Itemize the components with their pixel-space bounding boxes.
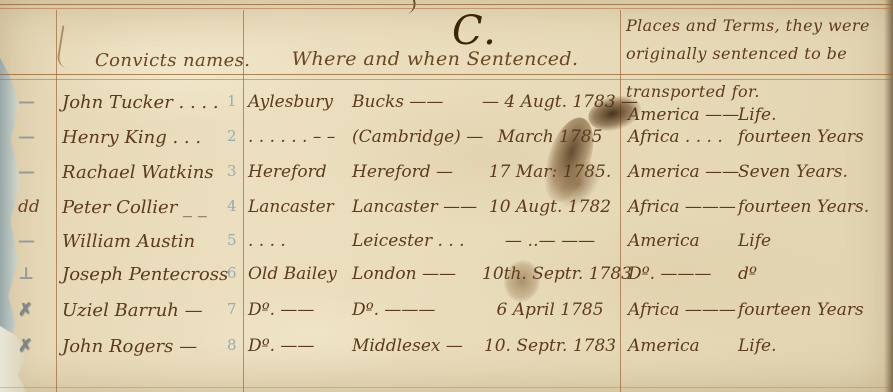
sentence-date: 10. Septr. 1783 (482, 336, 618, 356)
pencil-row-number: 5 (227, 231, 247, 249)
county: (Cambridge) — (352, 127, 480, 147)
margin-check-mark: — (18, 127, 56, 147)
sentence-date: March 1785 (482, 127, 618, 147)
stray-pen-stroke (56, 25, 74, 68)
court-place: Dº. —— (248, 336, 352, 356)
pencil-row-number: 8 (227, 336, 247, 354)
county: Lancaster —— (352, 197, 480, 217)
sentence-term: Life (738, 231, 890, 251)
column-header-places-line2: originally sentenced to be (626, 44, 847, 63)
pencil-row-number: 6 (227, 264, 247, 282)
column-header-convicts-names: Convicts names. (95, 50, 245, 71)
sentence-term: dº (738, 264, 890, 284)
margin-note-dd: dd (18, 197, 56, 217)
pencil-row-number: 2 (227, 127, 247, 145)
column-header-where-when-sentenced: Where and when Sentenced. (270, 48, 600, 70)
court-place: . . . . . . – – (248, 127, 352, 147)
table-row: — William Austin 5 . . . . Leicester . .… (0, 231, 893, 265)
convict-name: Uziel Barruh — (62, 300, 228, 321)
convict-name: Henry King . . . (62, 127, 228, 148)
sentence-term: Life. (738, 105, 890, 125)
sentence-date: 6 April 1785 (482, 300, 618, 320)
pencil-row-number: 3 (227, 162, 247, 180)
court-place: Lancaster (248, 197, 352, 217)
sentence-date: — 4 Augt. 1783 — (482, 92, 618, 112)
margin-scribble-mark: ✗ (18, 336, 56, 356)
sentence-term: Life. (738, 336, 890, 356)
transport-place: Dº. ——— (628, 264, 734, 284)
margin-scribble-mark: ✗ (18, 300, 56, 320)
transport-place: America —— (628, 162, 734, 182)
header-rule-1 (0, 74, 893, 75)
column-header-places-line1: Places and Terms, they were (626, 16, 870, 35)
margin-check-mark: — (18, 162, 56, 182)
convict-name: William Austin (62, 231, 228, 252)
margin-check-mark: — (18, 231, 56, 251)
top-rule-2 (0, 8, 893, 9)
court-place: . . . . (248, 231, 352, 251)
table-row: ✗ John Rogers — 8 Dº. —— Middlesex — 10.… (0, 336, 893, 370)
convict-name: John Rogers — (62, 336, 228, 357)
sentence-date: 10th. Septr. 1783 (482, 264, 618, 284)
county: Leicester . . . (352, 231, 480, 251)
cutoff-pen-stroke (405, 0, 417, 14)
top-rule-1 (0, 4, 893, 5)
court-place: Old Bailey (248, 264, 352, 284)
transport-place: Africa ——— (628, 300, 734, 320)
transport-place: Africa . . . . (628, 127, 734, 147)
court-place: Dº. —— (248, 300, 352, 320)
county: Middlesex — (352, 336, 480, 356)
sentence-date: 10 Augt. 1782 (482, 197, 618, 217)
pencil-row-number: 4 (227, 197, 247, 215)
sentence-term: fourteen Years. (738, 197, 890, 217)
header-rule-2 (0, 79, 893, 80)
transport-place: Africa ——— (628, 197, 734, 217)
table-row: dd Peter Collier _ _ 4 Lancaster Lancast… (0, 197, 893, 231)
county: London —— (352, 264, 480, 284)
margin-check-mark: ⊥ (18, 264, 56, 284)
margin-check-mark: — (18, 92, 56, 112)
transport-place: America —— (628, 105, 734, 125)
sentence-date: 17 Mar: 1785. (482, 162, 618, 182)
court-place: Aylesbury (248, 92, 352, 112)
sentence-term: fourteen Years (738, 127, 890, 147)
manuscript-page: C. Convicts names. Where and when Senten… (0, 0, 893, 392)
county: Bucks —— (352, 92, 480, 112)
table-row: — Henry King . . . 2 . . . . . . – – (Ca… (0, 127, 893, 161)
table-row: — John Tucker . . . . 1 Aylesbury Bucks … (0, 92, 893, 126)
table-row: ⊥ Joseph Pentecross 6 Old Bailey London … (0, 264, 893, 298)
table-row: ✗ Uziel Barruh — 7 Dº. —— Dº. ——— 6 Apri… (0, 300, 893, 334)
sentence-term: Seven Years. (738, 162, 890, 182)
sentence-term: fourteen Years (738, 300, 890, 320)
convict-name: John Tucker . . . . (62, 92, 228, 113)
county: Dº. ——— (352, 300, 480, 320)
county: Hereford — (352, 162, 480, 182)
transport-place: America (628, 336, 734, 356)
table-row: — Rachael Watkins 3 Hereford Hereford — … (0, 162, 893, 196)
convict-name: Peter Collier _ _ (62, 197, 228, 218)
court-place: Hereford (248, 162, 352, 182)
sentence-date: — ‥— —— (482, 231, 618, 251)
bottom-rule (0, 387, 893, 388)
convict-name: Joseph Pentecross (62, 264, 228, 285)
transport-place: America (628, 231, 734, 251)
convict-name: Rachael Watkins (62, 162, 228, 183)
pencil-row-number: 1 (227, 92, 247, 110)
pencil-row-number: 7 (227, 300, 247, 318)
